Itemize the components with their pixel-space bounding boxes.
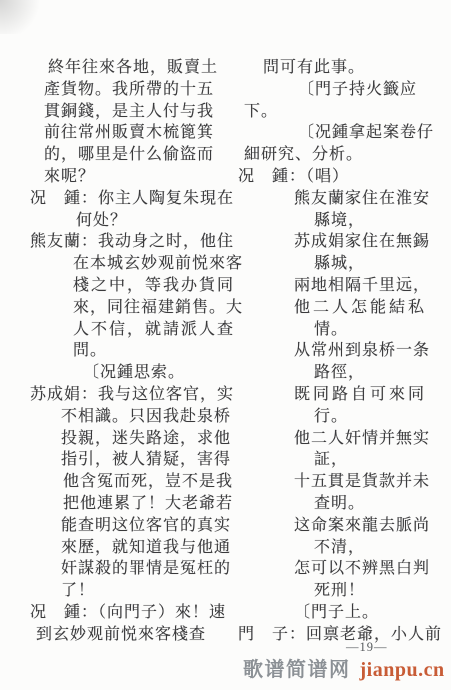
text-line: 人不信，就請派人查 — [30, 319, 236, 341]
text-line: 苏成娟家住在無錫 — [238, 231, 450, 253]
script-text-column-right: 問可有此事。〔門子持火籤应下。〔况鍾拿起案卷仔細研究、分析。况 鍾：（唱）熊友蘭… — [238, 57, 450, 646]
text-line: 來呢？ — [30, 166, 236, 188]
text-line: 把他連累了！大老爺若 — [30, 493, 236, 515]
text-line: 能查明这位客官的真实 — [30, 515, 236, 537]
text-line: 死刑！ — [238, 580, 450, 602]
text-line: 來，同往福建銷售。大 — [30, 297, 236, 319]
text-line: 况 鍾：（唱） — [238, 166, 450, 188]
text-line: 証， — [238, 449, 450, 471]
text-line: 这命案來龍去脈尚 — [238, 515, 450, 537]
text-line: 產貨物。我所帶的十五 — [30, 79, 236, 101]
watermark-site-url: jianpu.cn — [360, 659, 445, 681]
text-line: 在本城玄妙观前悦來客 — [30, 253, 236, 275]
text-line: 問。 — [30, 340, 236, 362]
script-scan-page: 終年往來各地，販賣土產貨物。我所帶的十五貫銅錢，是主人付与我前往常州販賣木梳篦箕… — [0, 0, 451, 690]
watermark: 歌谱简谱网 jianpu.cn — [243, 653, 445, 682]
text-line: 何处？ — [30, 210, 236, 232]
text-line: 熊友蘭家住在淮安 — [238, 188, 450, 210]
text-line: 行。 — [238, 406, 450, 428]
text-line: 來歷，就知道我与他通 — [30, 537, 236, 559]
text-line: 縣境， — [238, 210, 450, 232]
text-line: 兩地相隔千里远， — [238, 275, 450, 297]
text-line: 終年往來各地，販賣土 — [30, 57, 236, 79]
text-line: 〔况鍾思索。 — [30, 362, 236, 384]
text-line: 細研究、分析。 — [238, 144, 450, 166]
text-line: 况 鍾：（向門子）來！速 — [30, 602, 236, 624]
text-line: 他含冤而死，豈不是我 — [30, 471, 236, 493]
watermark-site-name: 歌谱简谱网 — [243, 659, 351, 681]
text-line: 投親，迷失路途，求他 — [30, 428, 236, 450]
text-line: 既同路自可來同 — [238, 384, 450, 406]
text-line: 〔門子上。 — [238, 602, 450, 624]
text-line: 路徑， — [238, 362, 450, 384]
text-line: 怎可以不辨黑白判 — [238, 558, 450, 580]
text-line: 奸謀殺的罪情是冤枉的 — [30, 558, 236, 580]
text-line: 不相識。只因我赴泉桥 — [30, 406, 236, 428]
text-line: 他二人奸情并無实 — [238, 428, 450, 450]
text-line: 查明。 — [238, 493, 450, 515]
text-line: 下。 — [238, 101, 450, 123]
text-line: 〔况鍾拿起案卷仔 — [238, 122, 450, 144]
text-line: 了！ — [30, 580, 236, 602]
text-line: 熊友蘭：我动身之时，他住 — [30, 231, 236, 253]
text-line: 問可有此事。 — [238, 57, 450, 79]
text-line: 的，哪里是什么偷盜而 — [30, 144, 236, 166]
text-line: 情。 — [238, 319, 450, 341]
text-line: 貫銅錢，是主人付与我 — [30, 101, 236, 123]
scan-artifact — [0, 0, 46, 34]
text-line: 縣城， — [238, 253, 450, 275]
text-line: 到玄妙观前悦來客棧查 — [30, 624, 236, 646]
text-line: 况 鍾：你主人陶复朱現在 — [30, 188, 236, 210]
text-line: 棧之中，等我办貨同 — [30, 275, 236, 297]
text-line: 他二人怎能結私 — [238, 297, 450, 319]
text-line: 十五貫是貨款并未 — [238, 471, 450, 493]
text-line: 从常州到泉桥一条 — [238, 340, 450, 362]
text-line: 前往常州販賣木梳篦箕 — [30, 122, 236, 144]
text-line: 不清， — [238, 537, 450, 559]
text-line: 苏成娟：我与这位客官，实 — [30, 384, 236, 406]
text-line: 指引，被人猜疑，害得 — [30, 449, 236, 471]
text-line: 門 子：回禀老爺，小人前 — [238, 624, 450, 646]
script-text-column-left: 終年往來各地，販賣土產貨物。我所帶的十五貫銅錢，是主人付与我前往常州販賣木梳篦箕… — [30, 57, 236, 646]
text-line: 〔門子持火籤应 — [238, 79, 450, 101]
